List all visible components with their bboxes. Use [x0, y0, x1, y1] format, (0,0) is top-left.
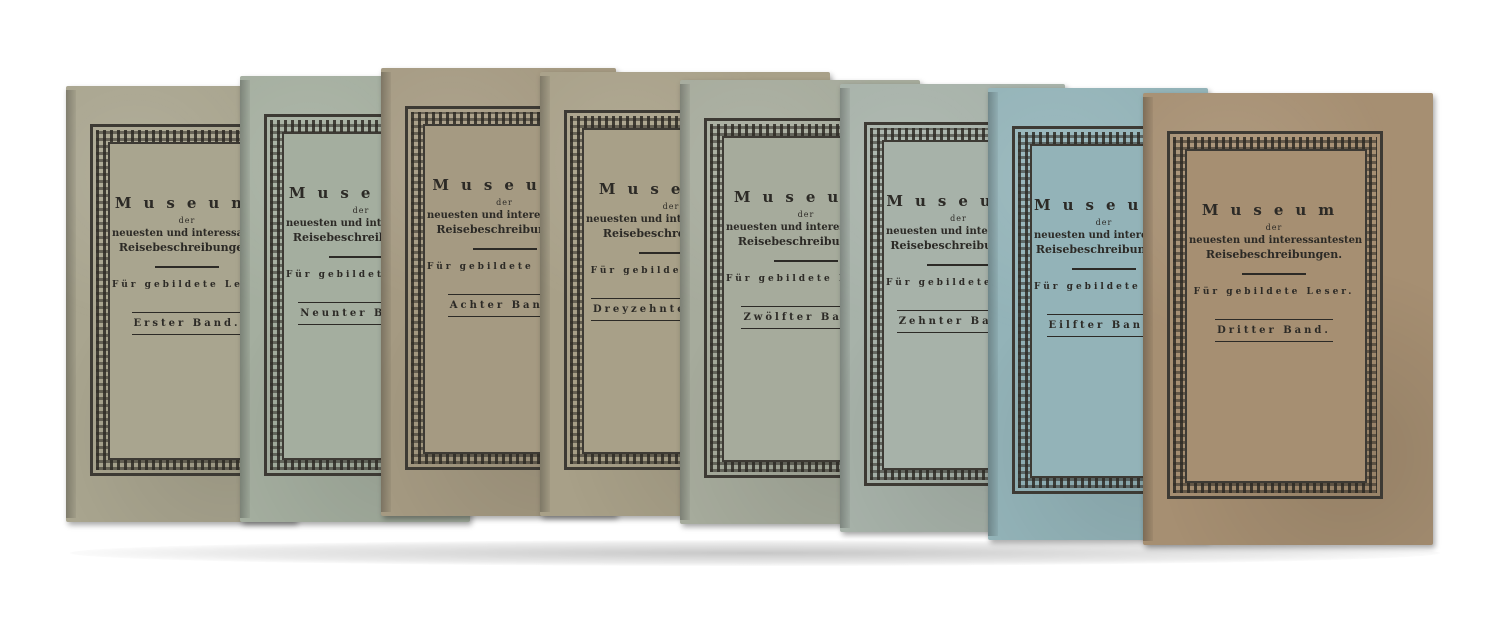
photo-scene: Museum der neuesten und interessantesten…	[0, 0, 1500, 617]
divider-rule	[927, 264, 991, 266]
divider-rule	[1242, 273, 1306, 275]
cover-title: Museum	[1189, 201, 1359, 219]
book-spine-edge	[240, 80, 250, 518]
volume-label: Dritter Band.	[1215, 319, 1333, 342]
book-spine-edge	[988, 92, 998, 536]
divider-rule	[473, 248, 537, 250]
book-spine-edge	[1143, 97, 1153, 541]
book-spine-edge	[680, 84, 690, 520]
book-spine-edge	[540, 76, 550, 512]
divider-rule	[774, 260, 838, 262]
book-spine-edge	[66, 90, 76, 518]
book-spine-edge	[381, 72, 391, 512]
book-spine-edge	[840, 88, 850, 528]
cover-audience: Für gebildete Leser.	[1189, 287, 1359, 297]
cover-title-line: Reisebeschreibungen.	[1189, 248, 1359, 261]
cover-subtitle: neuesten und interessantesten	[1189, 235, 1359, 246]
cover-text: Museum der neuesten und interessantesten…	[1189, 201, 1359, 342]
divider-rule	[155, 266, 219, 268]
cover-connector: der	[1189, 223, 1359, 232]
divider-rule	[1072, 268, 1136, 270]
book-volume-3: Museum der neuesten und interessantesten…	[1143, 93, 1433, 545]
volume-label: Erster Band.	[132, 312, 243, 335]
